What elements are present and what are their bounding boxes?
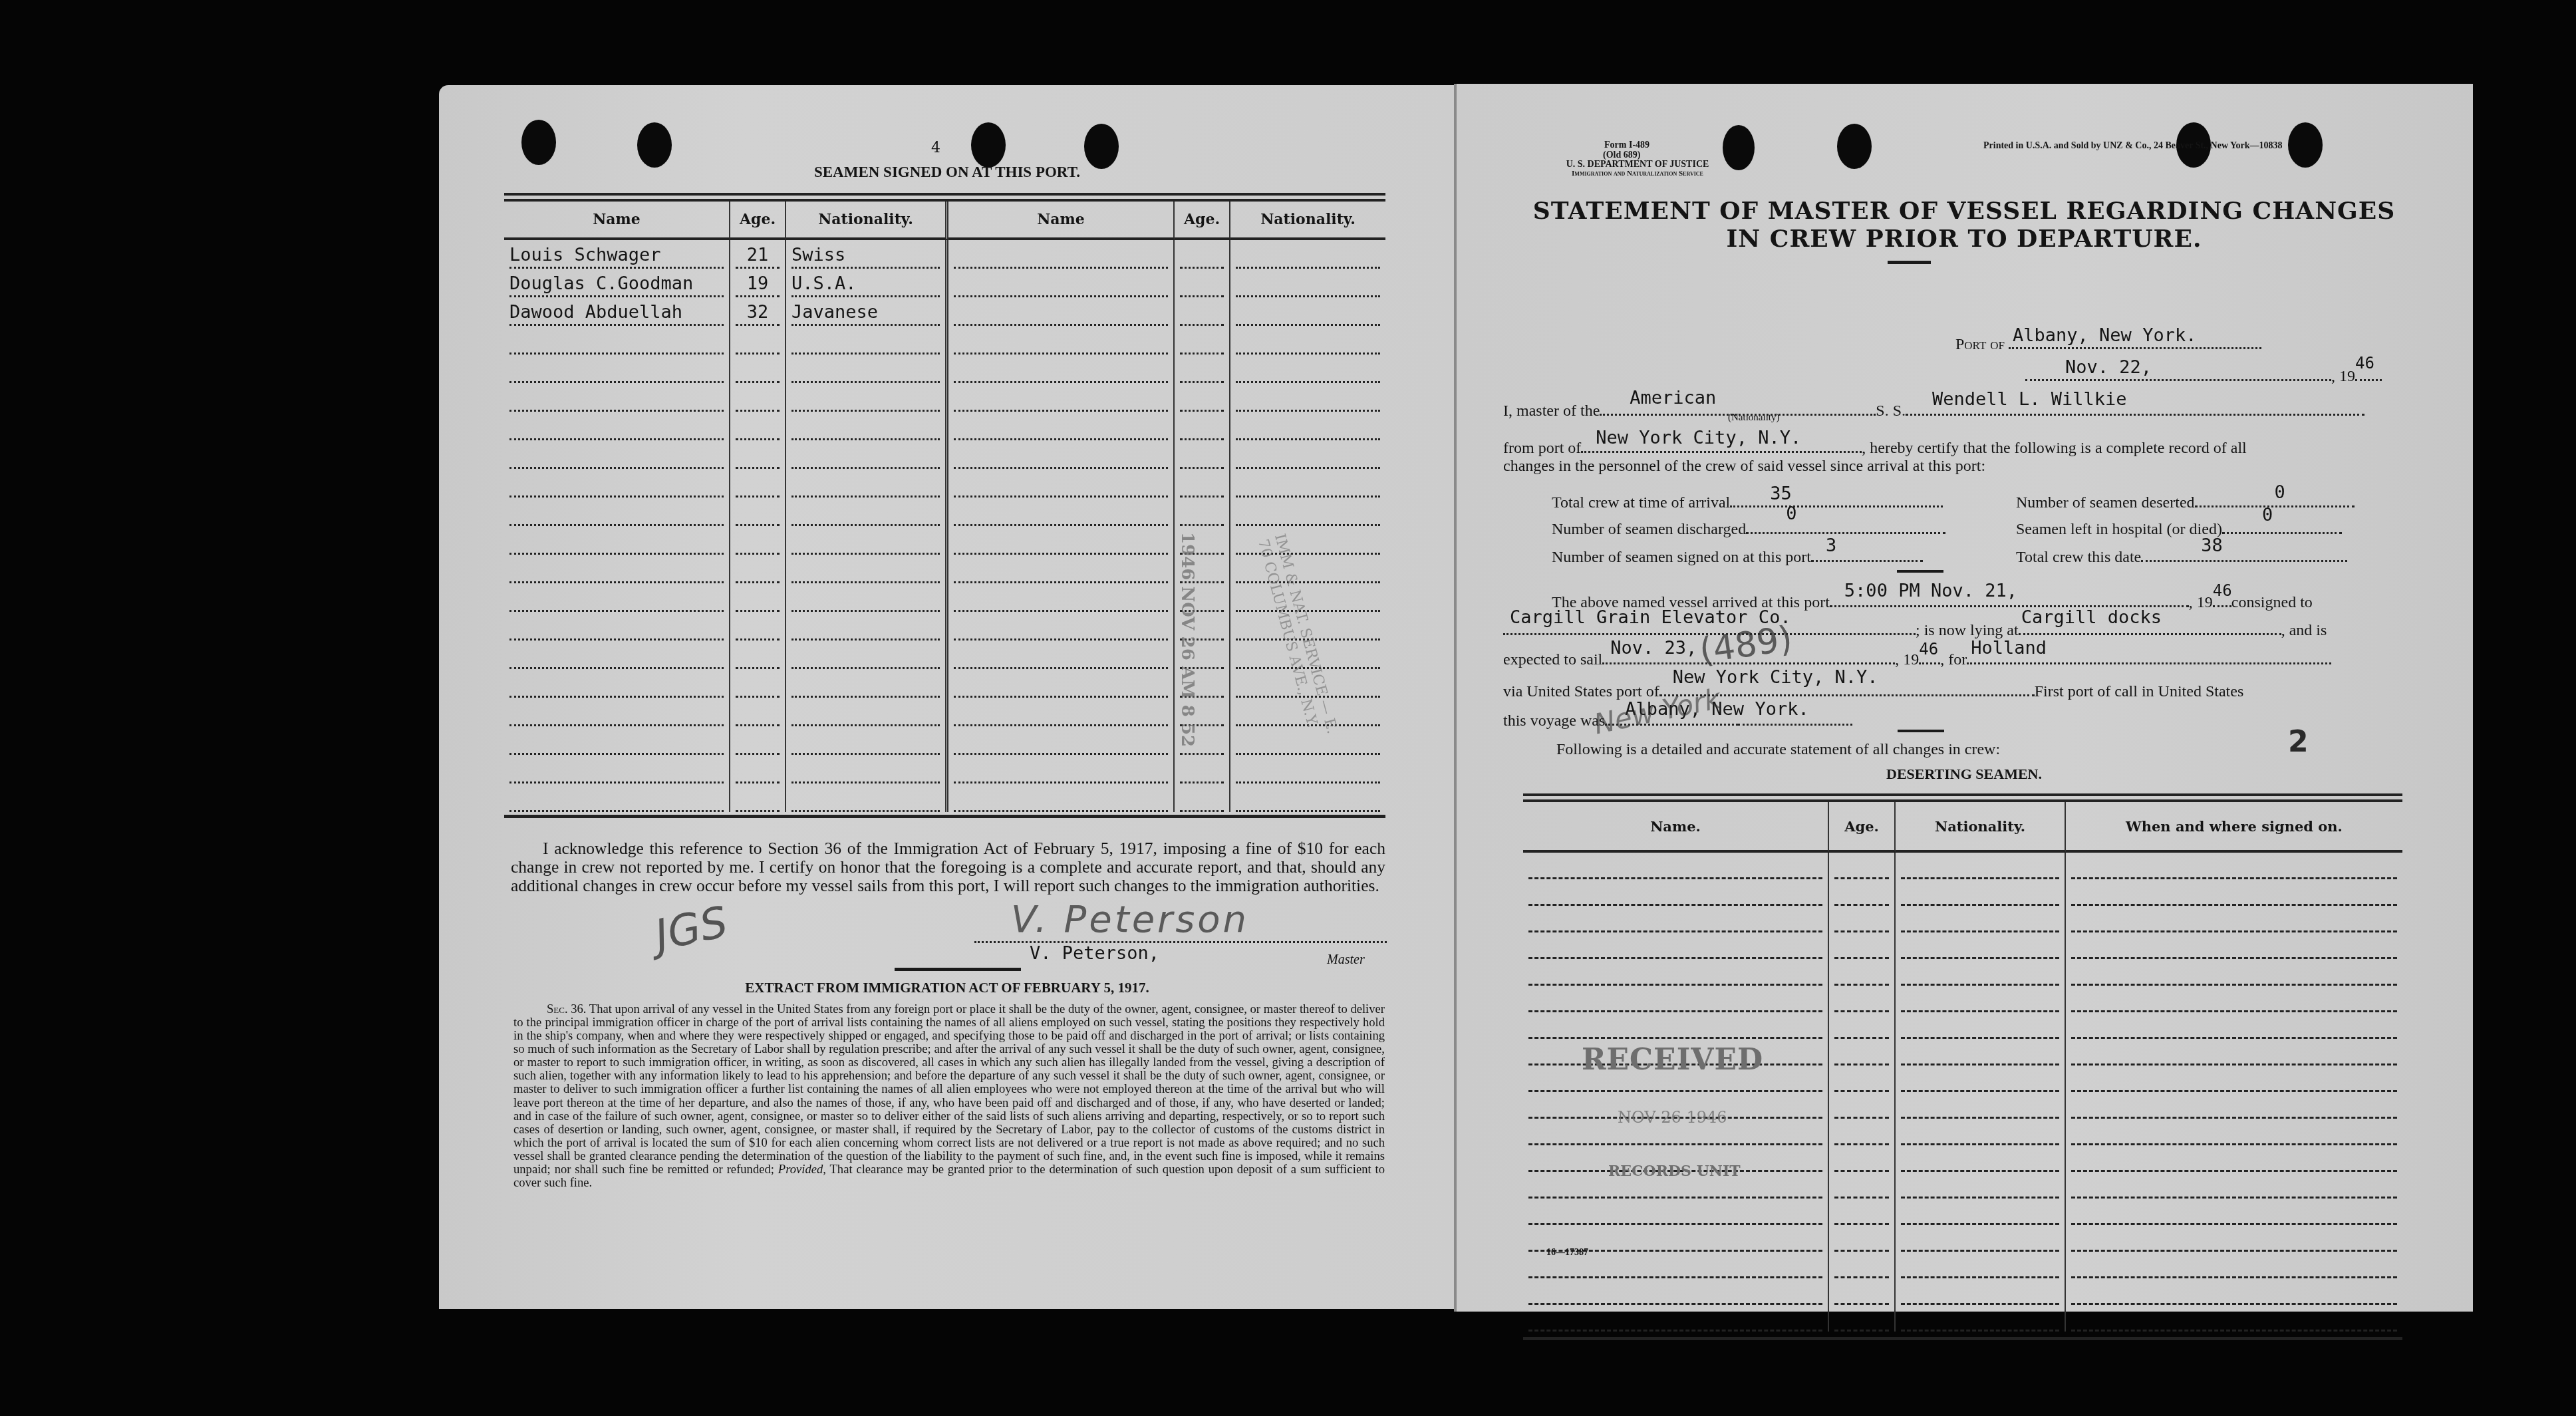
table-cell[interactable] [2066,1225,2402,1252]
seamen-signed-on-table: Name Age. Nationality. Name Age. Nationa… [504,193,1385,818]
table-row [504,755,1385,783]
table-cell[interactable] [2066,879,2402,906]
table-row [504,583,1385,612]
master-of-line: I, master of theAmericanS. S.Wendell L. … [1503,394,2364,420]
table-row [1523,853,2402,879]
table-cell[interactable] [2066,1092,2402,1119]
table-cell[interactable] [1829,1199,1896,1225]
table-cell[interactable] [1230,526,1385,555]
table-cell[interactable] [1896,853,2066,879]
received-date-stamp: NOV 26 1946 [1618,1108,1727,1127]
table-row [504,412,1385,440]
table-cell[interactable] [1896,1278,2066,1305]
table-row [504,783,1385,812]
table-row [1523,932,2402,959]
table-row [504,326,1385,354]
table-cell[interactable] [504,698,730,726]
table-row [1523,1199,2402,1225]
table-cell[interactable] [1175,412,1230,440]
punch-hole [1837,124,1872,169]
col-header-when-where: When and where signed on. [2066,802,2402,853]
punch-hole [521,120,556,165]
table-cell[interactable] [948,440,1175,469]
from-port-line: from port ofNew York City, N.Y., hereby … [1503,431,2247,458]
signer-typed-name: V. Peterson, [1030,943,1159,964]
table-cell[interactable] [948,383,1175,412]
table-cell[interactable] [1896,1305,2066,1332]
table-cell[interactable]: 21 [730,240,786,269]
page-fold [1454,84,1457,1312]
table-cell[interactable] [1523,1278,1829,1305]
records-unit-stamp: RECORDS UNIT [1608,1163,1741,1180]
table-cell[interactable] [1523,986,1829,1012]
table-row: Louis Schwager21Swiss [504,240,1385,269]
table-header: Name. Age. Nationality. When and where s… [1523,802,2402,853]
table-cell[interactable] [786,383,948,412]
form-title-line1: STATEMENT OF MASTER OF VESSEL REGARDING … [1455,197,2473,225]
via-port-line: via United States port ofNew York City, … [1503,674,2243,701]
col-header-age: Age. [1829,802,1896,853]
vertical-date-stamp: 1946 NOV 26 AM 8 52 [1177,532,1197,747]
table-body [1523,853,2402,1332]
table-cell[interactable] [2066,1278,2402,1305]
table-cell[interactable] [1523,906,1829,932]
from-port-field[interactable]: New York City, N.Y. [1581,431,1862,453]
table-cell[interactable] [1230,412,1385,440]
arrived-year-field[interactable]: 46 [2213,585,2231,607]
table-cell[interactable] [1829,1305,1896,1332]
table-row: Dawood Abduellah32Javanese [504,297,1385,326]
table-cell[interactable] [948,583,1175,612]
table-cell[interactable] [786,326,948,354]
divider-rule [1897,570,1943,573]
table-cell[interactable] [2066,853,2402,879]
table-cell[interactable] [1896,986,2066,1012]
certify-text-2: changes in the personnel of the crew of … [1503,458,1985,476]
table-cell[interactable] [504,612,730,640]
title-underline [1888,261,1931,264]
table-cell[interactable] [1896,1039,2066,1065]
table-cell[interactable]: 32 [730,297,786,326]
footer-form-code: 16—17387 [1546,1248,1588,1258]
sail-year-field[interactable]: 46 [1919,642,1940,664]
table-row [504,555,1385,583]
date-field[interactable]: Nov. 22, [2025,359,2331,381]
table-cell[interactable] [1175,383,1230,412]
table-row [1523,1305,2402,1332]
table-cell[interactable] [1175,497,1230,526]
table-cell[interactable] [1896,906,2066,932]
table-cell[interactable] [1523,879,1829,906]
consignee-line: Cargill Grain Elevator Co.; is now lying… [1503,613,2327,640]
extract-provided: Provided, [778,1163,826,1177]
table-cell[interactable] [1896,1065,2066,1092]
table-cell[interactable] [948,783,1175,812]
table-cell[interactable] [1230,726,1385,755]
table-cell[interactable] [2066,1119,2402,1145]
table-body: Louis Schwager21SwissDouglas C.Goodman19… [504,240,1385,812]
table-cell[interactable] [1230,583,1385,612]
table-cell[interactable] [1230,469,1385,497]
table-cell[interactable] [786,497,948,526]
table-cell[interactable] [1523,853,1829,879]
table-cell[interactable] [730,383,786,412]
table-cell[interactable] [1175,755,1230,783]
table-row [504,669,1385,698]
table-cell[interactable]: U.S.A. [786,269,948,297]
table-cell[interactable] [1230,240,1385,269]
table-cell[interactable] [948,555,1175,583]
table-cell[interactable] [1896,959,2066,986]
table-cell[interactable] [1523,1199,1829,1225]
table-cell[interactable] [948,726,1175,755]
divider-rule [895,968,1021,971]
table-cell[interactable] [1896,879,2066,906]
table-cell[interactable] [504,726,730,755]
acknowledgement-text: I acknowledge this reference to Section … [511,839,1385,895]
following-text: Following is a detailed and accurate sta… [1556,741,2000,759]
table-header: Name Age. Nationality. Name Age. Nationa… [504,202,1385,240]
table-cell[interactable] [1175,326,1230,354]
table-cell[interactable] [2066,959,2402,986]
section-title: SEAMEN SIGNED ON AT THIS PORT. [439,164,1455,181]
table-cell[interactable] [504,583,730,612]
table-cell[interactable] [1175,297,1230,326]
table-cell[interactable] [504,783,730,812]
table-row [1523,1278,2402,1305]
table-row [1523,1225,2402,1252]
table-cell[interactable] [1523,932,1829,959]
table-cell[interactable] [2066,1172,2402,1199]
from-port-label: from port of [1503,440,1581,457]
table-row: Douglas C.Goodman19U.S.A. [504,269,1385,297]
table-cell[interactable] [786,583,948,612]
table-cell[interactable] [1175,269,1230,297]
table-cell[interactable] [948,412,1175,440]
table-row [504,354,1385,383]
table-cell[interactable] [730,783,786,812]
table-cell[interactable] [730,583,786,612]
table-cell[interactable] [948,354,1175,383]
port-field[interactable]: Albany, New York. [2009,330,2261,349]
table-cell[interactable] [948,240,1175,269]
table-cell[interactable] [504,640,730,669]
table-row [504,698,1385,726]
table-cell[interactable] [948,497,1175,526]
table-cell[interactable] [1829,1092,1896,1119]
received-stamp: RECEIVED [1582,1043,1763,1077]
table-cell[interactable] [2066,1065,2402,1092]
table-cell[interactable] [730,412,786,440]
table-cell[interactable]: 19 [730,269,786,297]
table-cell[interactable] [1523,1012,1829,1039]
table-cell[interactable] [948,269,1175,297]
stat-total-date: Total crew this date38 [2016,541,2347,567]
extract-section-label: Sec. 36. [547,1002,587,1016]
handwritten-page-count: 2 [2288,725,2309,759]
table-cell[interactable] [2066,1199,2402,1225]
table-cell[interactable] [948,326,1175,354]
table-cell[interactable] [1230,497,1385,526]
col-header-nationality: Nationality. [1896,802,2066,853]
table-cell[interactable] [1896,1225,2066,1252]
discharged-field[interactable]: 0 [1746,513,1945,534]
table-cell[interactable] [1829,853,1896,879]
page-number: 4 [931,140,940,156]
table-cell[interactable] [730,354,786,383]
certify-text: , hereby certify that the following is a… [1862,440,2246,457]
table-row [504,469,1385,497]
punch-hole [1084,124,1119,169]
table-cell[interactable] [1523,959,1829,986]
table-cell[interactable] [730,469,786,497]
table-cell[interactable] [2066,1039,2402,1065]
col-header-nationality-2: Nationality. [1230,202,1385,240]
table-cell[interactable] [786,526,948,555]
table-cell[interactable] [1230,783,1385,812]
nationality-caption: (Nationality) [1728,412,1779,424]
total-date-field[interactable]: 38 [2141,541,2347,562]
table-row [504,383,1385,412]
table-cell[interactable]: Swiss [786,240,948,269]
table-cell[interactable] [1829,1225,1896,1252]
table-cell[interactable]: Douglas C.Goodman [504,269,730,297]
arrived-field[interactable]: 5:00 PM Nov. 21, [1830,585,2189,607]
table-cell[interactable] [786,440,948,469]
table-cell[interactable] [2066,1305,2402,1332]
year-prefix: 19 [2339,368,2355,385]
table-cell[interactable] [1829,986,1896,1012]
table-row [1523,1252,2402,1278]
table-cell[interactable] [1896,1119,2066,1145]
year-field[interactable]: 46 [2355,359,2382,381]
table-row [1523,906,2402,932]
table-cell[interactable] [786,469,948,497]
table-cell[interactable] [1175,469,1230,497]
table-cell[interactable] [786,354,948,383]
table-cell[interactable] [504,326,730,354]
deserting-title: DESERTING SEAMEN. [1455,766,2473,783]
table-cell[interactable] [948,698,1175,726]
table-cell[interactable] [1175,783,1230,812]
table-cell[interactable] [786,669,948,698]
table-row [504,440,1385,469]
date-line: Nov. 22,, 1946 [2025,359,2382,386]
table-cell[interactable] [504,755,730,783]
col-header-nationality: Nationality. [786,202,948,240]
table-cell[interactable]: Louis Schwager [504,240,730,269]
department-name: U. S. DEPARTMENT OF JUSTICE [1504,160,1771,170]
table-cell[interactable] [1829,1065,1896,1092]
col-header-name: Name. [1523,802,1829,853]
table-cell[interactable] [1896,1199,2066,1225]
table-bottom-rule [504,815,1385,818]
table-cell[interactable] [1896,1252,2066,1278]
table-cell[interactable] [730,526,786,555]
port-label: Port of [1955,336,2005,353]
table-row [504,640,1385,669]
table-cell[interactable] [1829,1145,1896,1172]
master-signature: V. Peterson [1011,898,1249,941]
table-cell[interactable] [1829,959,1896,986]
table-top-rule [1523,793,2402,802]
printer-note: Printed in U.S.A. and Sold by UNZ & Co.,… [1983,141,2283,152]
table-cell[interactable] [1829,932,1896,959]
table-cell[interactable] [1230,440,1385,469]
punch-hole [971,122,1006,168]
table-cell[interactable] [786,755,948,783]
table-cell[interactable] [730,555,786,583]
table-cell[interactable] [1175,354,1230,383]
table-row [504,612,1385,640]
table-cell[interactable] [1230,354,1385,383]
table-cell[interactable] [1829,1119,1896,1145]
form-number: Form I-489 [1524,141,1790,151]
ship-name-field[interactable]: Wendell L. Willkie [1906,394,2364,416]
table-cell[interactable] [730,440,786,469]
expected-sail-line: expected to sailNov. 23,, 1946, forHolla… [1503,642,2331,669]
table-cell[interactable] [504,555,730,583]
col-header-name-2: Name [948,202,1175,240]
table-cell[interactable] [730,698,786,726]
table-cell[interactable] [2066,1252,2402,1278]
table-cell[interactable] [786,412,948,440]
col-header-name: Name [504,202,730,240]
table-cell[interactable] [1230,269,1385,297]
punch-hole [637,122,672,168]
col-header-age-2: Age. [1175,202,1230,240]
form-title-line2: IN CREW PRIOR TO DEPARTURE. [1455,225,2473,253]
table-cell[interactable] [948,669,1175,698]
table-cell[interactable] [1523,1305,1829,1332]
table-cell[interactable] [2066,906,2402,932]
table-cell[interactable] [948,612,1175,640]
table-cell[interactable] [730,326,786,354]
table-cell[interactable] [504,354,730,383]
table-cell[interactable]: Dawood Abduellah [504,297,730,326]
table-cell[interactable] [1829,879,1896,906]
extract-main-text: That upon arrival of any vessel in the U… [513,1002,1385,1177]
table-cell[interactable] [2066,1145,2402,1172]
table-cell[interactable] [948,755,1175,783]
table-cell[interactable] [730,612,786,640]
table-cell[interactable] [1829,1172,1896,1199]
table-row [504,526,1385,555]
table-cell[interactable] [1896,1145,2066,1172]
table-cell[interactable] [2066,1012,2402,1039]
table-cell[interactable] [786,640,948,669]
table-cell[interactable] [1896,932,2066,959]
table-cell[interactable] [504,469,730,497]
table-cell[interactable] [948,297,1175,326]
table-row [1523,1012,2402,1039]
port-of-line: Port of Albany, New York. [1955,330,2261,354]
table-cell[interactable] [1829,1039,1896,1065]
table-cell[interactable] [786,612,948,640]
stat-signed-on: Number of seamen signed on at this port3 [1552,541,1923,567]
table-cell[interactable] [1829,906,1896,932]
extract-body: Sec. 36. That upon arrival of any vessel… [513,1003,1385,1190]
table-cell[interactable] [1896,1012,2066,1039]
table-cell[interactable] [786,698,948,726]
table-cell[interactable] [1230,326,1385,354]
table-cell[interactable] [1175,440,1230,469]
table-cell[interactable] [730,640,786,669]
table-cell[interactable] [730,669,786,698]
table-cell[interactable] [1230,383,1385,412]
table-cell[interactable] [1829,1252,1896,1278]
table-cell[interactable] [1896,1092,2066,1119]
table-cell[interactable] [948,469,1175,497]
ss-label: S. S. [1876,402,1906,420]
table-cell[interactable] [1230,755,1385,783]
table-cell[interactable] [1829,1278,1896,1305]
lying-at-field[interactable]: Cargill docks [2019,613,2281,635]
master-of-label: I, master of the [1503,402,1600,420]
table-cell[interactable] [504,383,730,412]
table-row [504,726,1385,755]
divider-rule [1898,730,1944,732]
signed-on-field[interactable]: 3 [1811,541,1923,562]
table-cell[interactable] [730,497,786,526]
col-header-age: Age. [730,202,786,240]
table-cell[interactable] [2066,932,2402,959]
table-cell[interactable] [504,526,730,555]
punch-hole [2288,122,2323,168]
table-cell[interactable] [1896,1172,2066,1199]
table-cell[interactable] [730,755,786,783]
table-cell[interactable] [948,640,1175,669]
table-cell[interactable] [2066,986,2402,1012]
table-cell[interactable] [948,526,1175,555]
table-row [1523,986,2402,1012]
form-id-block: Form I-489 (Old 689) [1524,141,1790,160]
table-bottom-rule [1523,1337,2402,1340]
table-cell[interactable] [786,555,948,583]
destination-field[interactable]: Holland [1967,642,2331,664]
table-cell[interactable] [1175,240,1230,269]
table-row [1523,879,2402,906]
table-cell[interactable] [730,726,786,755]
table-row [1523,959,2402,986]
table-cell[interactable] [1230,297,1385,326]
table-cell[interactable] [786,726,948,755]
table-cell[interactable] [786,783,948,812]
table-top-rule [504,193,1385,202]
extract-title: EXTRACT FROM IMMIGRATION ACT OF FEBRUARY… [439,980,1455,996]
service-name: Immigration and Naturalization Service [1504,170,1771,178]
table-cell[interactable] [1230,555,1385,583]
signer-role: Master [1327,952,1365,968]
table-cell[interactable]: Javanese [786,297,948,326]
hospital-field[interactable]: 0 [2222,513,2342,534]
table-cell[interactable] [504,497,730,526]
table-row [504,497,1385,526]
table-cell[interactable] [504,669,730,698]
table-cell[interactable] [504,440,730,469]
table-cell[interactable] [504,412,730,440]
table-cell[interactable] [1829,1012,1896,1039]
